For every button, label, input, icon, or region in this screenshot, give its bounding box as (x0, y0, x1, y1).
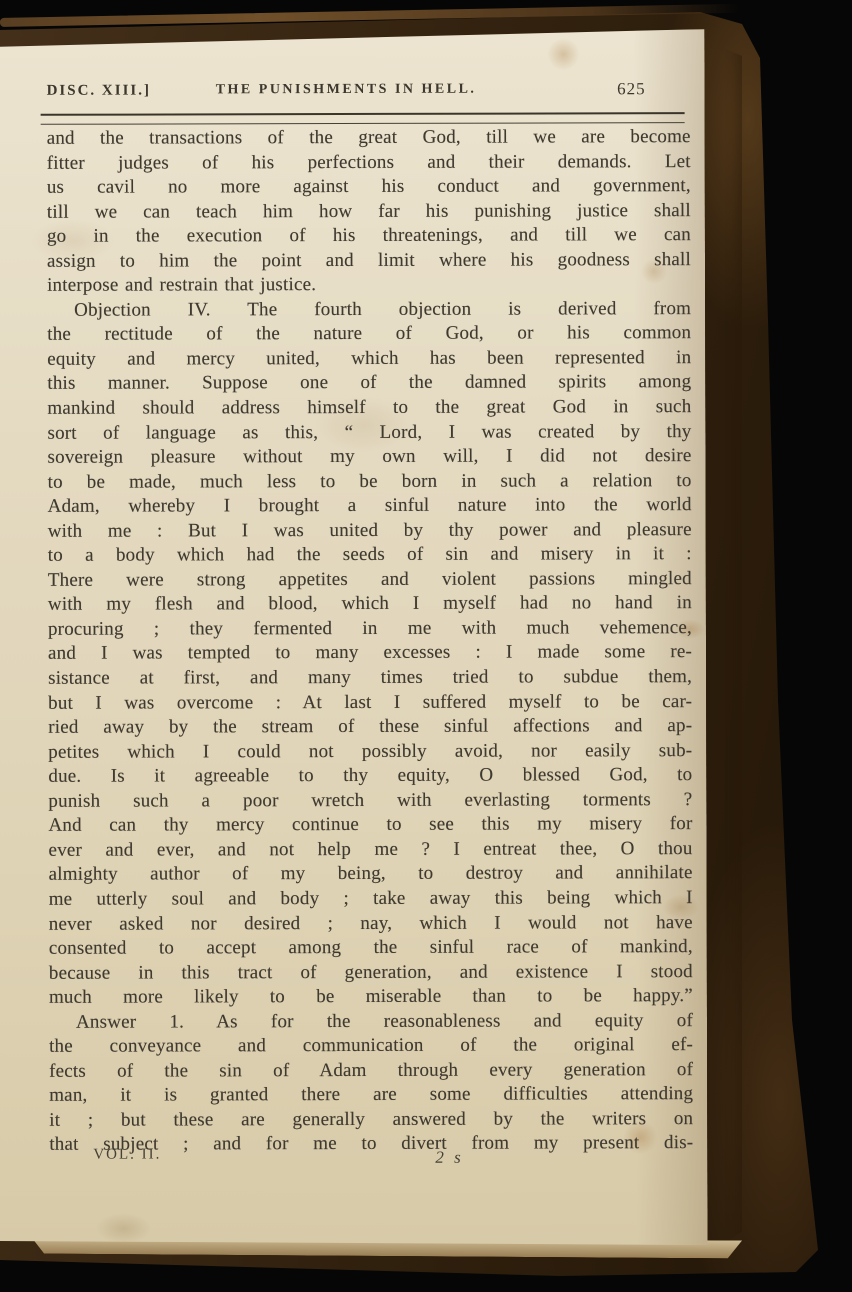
text-line: us cavil no more against his conduct and… (47, 174, 691, 200)
text-line: sistance at first, and many times tried … (48, 665, 692, 691)
text-line: me utterly soul and body ; take away thi… (49, 886, 693, 912)
running-head: DISC. XIII.] THE PUNISHMENTS IN HELL. 62… (47, 81, 646, 107)
text-line: punish such a poor wretch with everlasti… (48, 788, 692, 814)
page-number: 625 (617, 79, 646, 99)
text-line: the conveyance and communication of the … (49, 1033, 693, 1059)
text-line: consented to accept among the sinful rac… (49, 935, 693, 961)
text-line: mankind should address himself to the gr… (47, 395, 691, 421)
text-line: ried away by the stream of these sinful … (48, 714, 692, 740)
text-line: interpose and restrain that justice. (47, 272, 691, 298)
text-line: equity and mercy united, which has been … (47, 346, 691, 372)
text-line: with me : But I was united by thy power … (48, 518, 692, 544)
text-line: ever and ever, and not help me ? I entre… (49, 837, 693, 863)
text-line: Objection IV. The fourth objection is de… (47, 297, 691, 323)
text-line: much more likely to be miserable than to… (49, 984, 693, 1010)
text-line: Answer 1. As for the reasonableness and … (49, 1009, 693, 1035)
text-line: till we can teach him how far his punish… (47, 199, 691, 225)
body-text: and the transactions of the great God, t… (47, 125, 694, 1158)
text-line: to be made, much less to be born in such… (48, 469, 692, 495)
text-line: to a body which had the seeds of sin and… (48, 542, 692, 568)
text-line: petites which I could not possibly avoid… (48, 739, 692, 765)
header-double-rule (41, 112, 685, 125)
volume-label: VOL. II. (93, 1146, 161, 1163)
running-title: THE PUNISHMENTS IN HELL. (47, 81, 646, 99)
text-line: due. Is it agreeable to thy equity, O bl… (48, 763, 692, 789)
printed-page-content: DISC. XIII.] THE PUNISHMENTS IN HELL. 62… (0, 29, 708, 1253)
text-line: procuring ; they fermented in me with mu… (48, 616, 692, 642)
book-page: DISC. XIII.] THE PUNISHMENTS IN HELL. 62… (0, 29, 708, 1253)
page-footer: VOL. II. 2 s (49, 1145, 693, 1173)
text-line: fitter judges of his perfections and the… (47, 150, 691, 176)
text-line: sovereign pleasure without my own will, … (47, 444, 691, 470)
text-line: but I was overcome : At last I suffered … (48, 690, 692, 716)
text-line: assign to him the point and limit where … (47, 248, 691, 274)
text-line: with my flesh and blood, which I myself … (48, 591, 692, 617)
text-line: it ; but these are generally answered by… (49, 1107, 693, 1133)
text-line: the rectitude of the nature of God, or h… (47, 321, 691, 347)
text-line: because in this tract of generation, and… (49, 960, 693, 986)
text-line: and the transactions of the great God, t… (47, 125, 691, 151)
text-line: go in the execution of his threatenings,… (47, 223, 691, 249)
text-line: almighty author of my being, to destroy … (49, 862, 693, 888)
text-line: There were strong appetites and violent … (48, 567, 692, 593)
photo-background: DISC. XIII.] THE PUNISHMENTS IN HELL. 62… (0, 0, 852, 1292)
text-line: sort of language as this, “ Lord, I was … (47, 420, 691, 446)
text-line: and I was tempted to many excesses : I m… (48, 641, 692, 667)
text-line: fects of the sin of Adam through every g… (49, 1058, 693, 1084)
text-line: this manner. Suppose one of the damned s… (47, 371, 691, 397)
text-line: man, it is granted there are some diffic… (49, 1082, 693, 1108)
text-line: never asked nor desired ; nay, which I w… (49, 911, 693, 937)
text-line: Adam, whereby I brought a sinful nature … (48, 493, 692, 519)
text-line: And can thy mercy continue to see this m… (48, 812, 692, 838)
signature-mark: 2 s (435, 1148, 463, 1168)
